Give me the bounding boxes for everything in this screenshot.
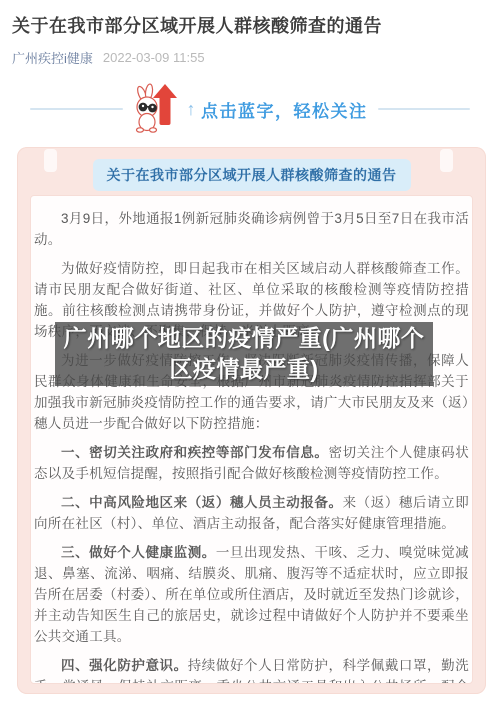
watermark-text: 广州哪个地区的疫情严重(广州哪个区疫情最严重) bbox=[59, 323, 429, 385]
article-title: 关于在我市部分区域开展人群核酸筛查的通告 bbox=[12, 13, 488, 39]
paragraph: 一、密切关注政府和疾控等部门发布信息。密切关注个人健康码状态以及手机短信提醒，按… bbox=[34, 442, 469, 484]
decor-tab-left bbox=[44, 149, 57, 172]
paragraph: 二、中高风险地区来（返）穗人员主动报备。来（返）穗后请立即向所在社区（村）、单位… bbox=[34, 492, 469, 534]
author-link[interactable]: 广州疾控i健康 bbox=[12, 48, 93, 67]
paragraph: 三、做好个人健康监测。一旦出现发热、干咳、乏力、嗅觉味觉减退、鼻塞、流涕、咽痛、… bbox=[34, 542, 469, 647]
paragraph: 四、强化防护意识。持续做好个人日常防护，科学佩戴口罩，勤洗手，常通风，保持社交距… bbox=[34, 655, 469, 684]
card-top-band: 关于在我市部分区域开展人群核酸筛查的通告 bbox=[17, 147, 486, 195]
notice-header: 关于在我市部分区域开展人群核酸筛查的通告 bbox=[93, 159, 411, 191]
publish-time: 2022-03-09 11:55 bbox=[103, 50, 205, 65]
notice-body: 3月9日，外地通报1例新冠肺炎确诊病例曾于3月5日至7日在我市活动。为做好疫情防… bbox=[30, 195, 473, 684]
article-meta: 广州疾控i健康 2022-03-09 11:55 bbox=[12, 48, 488, 67]
divider-line-right bbox=[378, 108, 471, 110]
paragraph: 3月9日，外地通报1例新冠肺炎确诊病例曾于3月5日至7日在我市活动。 bbox=[34, 208, 469, 250]
divider-line-left bbox=[30, 108, 123, 110]
follow-banner: ↑ 点击蓝字，轻松关注 bbox=[0, 67, 500, 143]
notice-card: 关于在我市部分区域开展人群核酸筛查的通告 3月9日，外地通报1例新冠肺炎确诊病例… bbox=[17, 147, 486, 694]
watermark-overlay: 广州哪个地区的疫情严重(广州哪个区疫情最严重) bbox=[55, 322, 433, 386]
decor-tab-right bbox=[440, 149, 453, 172]
follow-prompt-label: 点击蓝字，轻松关注 bbox=[201, 97, 368, 122]
rabbit-mascot-icon bbox=[133, 81, 179, 138]
article-header: 关于在我市部分区域开展人群核酸筛查的通告 广州疾控i健康 2022-03-09 … bbox=[0, 0, 500, 67]
follow-prompt: ↑ 点击蓝字，轻松关注 bbox=[187, 97, 368, 122]
small-up-arrow-icon: ↑ bbox=[187, 99, 198, 120]
